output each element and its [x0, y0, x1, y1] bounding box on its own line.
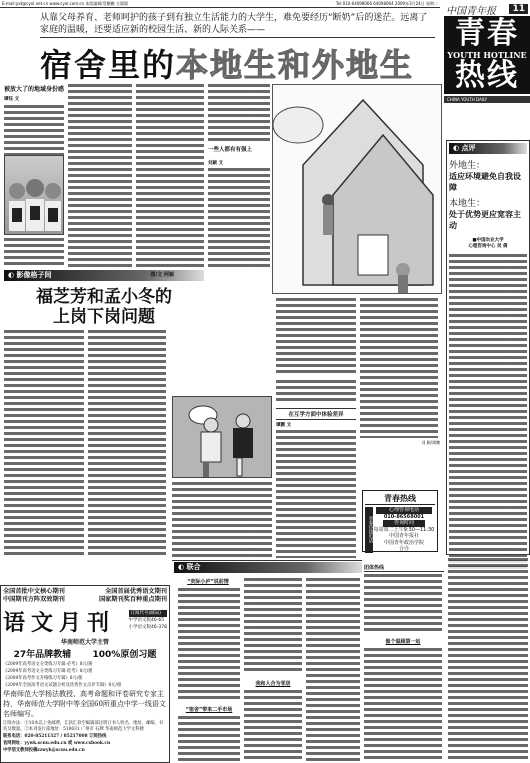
ad-website[interactable]: 官网网址：yywk.scnu.edu.cn 或 www.cxbook.cn: [3, 740, 167, 747]
ad-item: 《2009年高考语文分类练习专辑·必考》8元/册: [3, 661, 167, 668]
ad-slogan-left: 27年品牌教辅: [14, 647, 72, 660]
section-title-block: 青春 YOUTH HOTLINE 热线: [444, 16, 530, 94]
ad-badge4: 国家期刊奖百种重点期刊: [99, 596, 167, 604]
article-1-byline: 谭钰 文: [4, 96, 64, 102]
commentary-column: ◐ 点评 外地生： 适应环境避免自我设障 本地生： 处于优势更应宽容主动 ■中国…: [446, 140, 530, 555]
ad-order-code-label: 订阅代号(邮局): [129, 610, 167, 617]
commentary-section-bar: ◐ 点评: [449, 143, 527, 154]
article-1-col4: [208, 84, 270, 144]
opera-cartoon: [172, 396, 272, 478]
two-figures-cartoon-icon: [173, 397, 272, 478]
article-4-col1a: [276, 298, 356, 374]
commentary-section-label: 点评: [462, 144, 476, 152]
section-title-top: 青春: [444, 18, 530, 50]
article-2-section-bar: ◐ 影像格子间 图/文 阿颖: [4, 270, 204, 281]
page-header-bar: E-mail:yxt@cyol.net.cn www.cyol.com.cn 本…: [0, 0, 440, 8]
newspaper-logo: 中国青年报: [446, 2, 496, 17]
commentary-body-cont: [448, 558, 528, 761]
article-4-col1b: [276, 380, 356, 404]
story4-intro: [364, 574, 442, 634]
ad-description: 华南师范大学杨法教授、高考命题和评卷研究专家主持，华南师范大学附中等全国60所重…: [3, 689, 167, 719]
ad-sponsor: 华南师范大学主管: [3, 637, 167, 646]
ad-order-info: 订阅办法：①10本以上免邮费，汇款汇款至编辑部注明订书人姓名、地址、邮编、书名及…: [3, 721, 167, 733]
ad-contact: 联系电话：020-85211327 / 85217008 订阅热线: [3, 733, 167, 740]
story4-kicker: 团体热线: [364, 564, 444, 572]
article-1-title: 被放大了的地域身份感: [4, 84, 64, 93]
section-title-bottom: 热线: [444, 60, 530, 92]
bottom-section-bar: ◐ 联合: [174, 562, 362, 573]
story2-body: [178, 716, 240, 761]
commentary-line2: 适应环境避免自我设障: [449, 171, 527, 193]
ad-slogan-right: 100%原创习题: [93, 647, 157, 660]
ad-badge3: 中国期刊方阵双效期刊: [3, 596, 65, 604]
headline-outlined: 本地生和外地生: [176, 46, 414, 84]
story3-title: 我和人合为邻居: [244, 680, 302, 687]
commentary-author2: 心理咨询中心 吴 倩: [449, 243, 527, 249]
article-4-col2: [360, 298, 438, 438]
article-2-title-line1: 福芝芳和孟小冬的: [4, 287, 204, 307]
page-number: 11: [509, 4, 528, 14]
section-masthead: 中国青年报 11 青春 YOUTH HOTLINE 热线 CHINA YOUTH…: [444, 2, 530, 132]
article-3-byline: 刘颖 文: [208, 160, 270, 166]
speaker-icon: ◐: [8, 271, 17, 279]
story1-col2: [244, 578, 302, 674]
story4-title: 做个温顾第一站: [364, 638, 442, 645]
article-2-col2: [88, 330, 166, 558]
ad-item: 《2009年全国高考语文试题分析及优秀作文点评专辑》8元/册: [3, 682, 167, 689]
divider: [172, 560, 362, 561]
article-1-col2: [68, 84, 132, 268]
article-2: ◐ 影像格子间 图/文 阿颖 福芝芳和孟小冬的 上岗下岗问题: [4, 270, 204, 327]
ad-badge2: 全国首届优秀语文期刊: [105, 588, 167, 596]
ad-code1: 中学语文版46-65: [129, 617, 167, 624]
ad-badge1: 全国首批中文核心期刊: [3, 588, 65, 596]
house-illustration: [272, 84, 442, 294]
students-photo: [4, 155, 64, 235]
ad-item: 《2009年高考作文升格练习专辑》8元/册: [3, 675, 167, 682]
article-2-col3: [172, 482, 272, 558]
students-illustration-icon: [5, 156, 64, 235]
article-3-body: [208, 168, 270, 268]
ad-email[interactable]: 中学语文教师投稿zzwyh@scnu.edu.cn: [3, 747, 167, 754]
houses-cartoon-icon: [273, 85, 443, 295]
article-2-section-label: 影像格子间: [17, 271, 52, 279]
hotline-info-box: 青春热线 青春热线电话 心理咨询电话 010-86568001 咨询时间 每周周…: [362, 490, 438, 552]
magazine-logo: 语文月刊: [3, 606, 115, 637]
story3-body: [244, 690, 302, 761]
story1-body: [178, 588, 240, 702]
header-contact: E-mail:yxt@cyol.net.cn www.cyol.com.cn 本…: [2, 1, 128, 7]
story2-title: “宿舍”带来二手市场: [178, 706, 240, 713]
article-1-col3: [136, 84, 204, 268]
article-4-byline: 谭鹏 文: [276, 422, 356, 428]
magazine-advertisement: 全国首批中文核心期刊全国首届优秀语文期刊 中国期刊方阵双效期刊国家期刊奖百种重点…: [0, 585, 170, 763]
article-2-title-line2: 上岗下岗问题: [4, 307, 204, 327]
story1-title: “奕际小庐”说前情: [178, 578, 238, 585]
header-date: Tel:010-64098066 64098064 2009年3月24日 星期二: [336, 1, 438, 7]
commentary-line1: 外地生：: [449, 158, 527, 171]
speaker-icon: ◐: [178, 563, 187, 571]
hotline-org3: 合办: [373, 546, 435, 553]
commentary-line4: 处于优势更应宽容主动: [449, 209, 527, 231]
story3-col2: [306, 578, 360, 761]
commentary-line3: 本地生：: [449, 196, 527, 209]
ad-code2: 小学语文版46-378: [129, 624, 167, 631]
article-2-credit: 图/文 阿颖: [150, 270, 174, 281]
article-1-body-cont: [4, 238, 64, 268]
article-2-col1: [4, 330, 84, 558]
article-4-col1c: [276, 430, 356, 558]
headline-plain: 宿舍里的: [40, 46, 176, 84]
speaker-icon: ◐: [453, 144, 462, 152]
masthead-subline: CHINA YOUTH DAILY: [444, 96, 530, 103]
commentary-body: [449, 254, 527, 569]
hotline-title: 青春热线: [365, 493, 435, 505]
hotline-vertical-label: 青春热线电话: [365, 507, 373, 553]
story4-body: [364, 648, 442, 761]
article-1-body: [4, 105, 64, 157]
article-4-subhead: 在互学方面中体验差异: [276, 408, 356, 420]
lead-paragraph: 从靠父母养育、老师呵护的孩子到有独立生活能力的大学生，难免要经历“断奶”后的迷茫…: [40, 12, 435, 38]
article-4-credit: 刘 颖/谭鹏: [410, 440, 440, 446]
main-headline: 宿舍里的本地生和外地生: [40, 40, 440, 86]
article-1: 被放大了的地域身份感 谭钰 文: [4, 84, 64, 157]
ad-item: 《2009年高考语文分类练习专辑·选考》8元/册: [3, 668, 167, 675]
article-3-subhead: 一些人都有有强上: [208, 145, 270, 153]
bottom-section-label: 联合: [187, 563, 201, 571]
